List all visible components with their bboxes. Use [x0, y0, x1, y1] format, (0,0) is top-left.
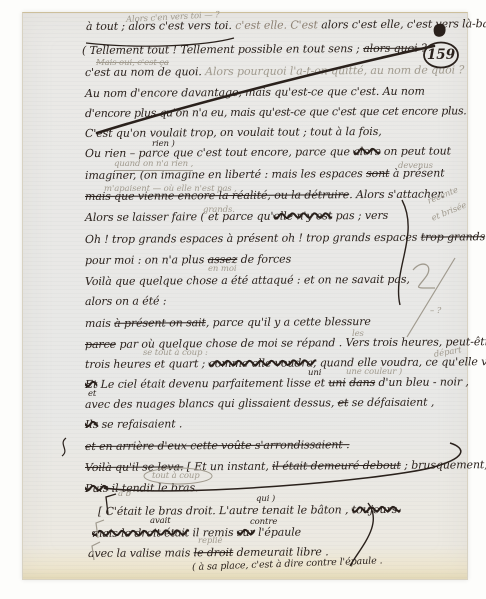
insertion: rien ) [152, 139, 175, 149]
manuscript-line: [ C'était le bras droit. L'autre tenait … [98, 503, 401, 518]
scribbled-text: Puis [85, 482, 108, 495]
margin-note: – ? [430, 306, 441, 316]
text-run: l'épaule [255, 526, 301, 539]
text-run: ; brusquement, ] [401, 458, 486, 472]
text-run: d'un bleu - noir , [375, 375, 469, 389]
scribbled-text: Ils [85, 418, 98, 431]
text-run: [ C'était le bras droit. L'autre tenait … [98, 503, 352, 518]
manuscript-line: Puis il tendit le bras. [85, 481, 198, 495]
insertion: contre [250, 517, 277, 527]
interline-note: tout à coup [152, 471, 200, 481]
text-run: se refaisaient . [98, 417, 182, 431]
text-run: pas ; vers [332, 209, 388, 222]
manuscript-line: Voilà que quelque chose a été attaqué : … [85, 273, 410, 288]
interline-note: a b [118, 489, 131, 499]
text-run: , parce qu'il y a cette blessure [206, 315, 371, 329]
manuscript-line: C'est qu'on voulait trop, on voulait tou… [85, 125, 382, 140]
text-run: ( Tellement tout ! Tellement possible en… [82, 42, 363, 57]
text-run: Oh ! trop grands espaces à présent oh ! … [85, 231, 421, 246]
struck-text: et en arrière d'eux cette voûte s'arrond… [85, 438, 350, 453]
scribbled-text: alors [353, 145, 380, 158]
text-run: alors c'est elle, c'est vers là-bas ; [321, 17, 486, 31]
struck-text: alors quoi ? [363, 42, 427, 55]
insertion: en moi [208, 264, 237, 274]
struck-text: le droit [194, 546, 234, 559]
text-run: d'encore plus qu'on n'a eu, mais qu'est-… [85, 104, 467, 120]
text-run: on peut tout [380, 144, 451, 157]
struck-text: parce [85, 338, 116, 351]
scribbled-text: sur [237, 526, 255, 539]
struck-text: trop grands [421, 230, 485, 243]
text-run: Le ciel était devenu parfaitement lisse … [97, 376, 328, 391]
text-run: mais [85, 317, 114, 330]
struck-text: et [338, 396, 349, 409]
text-run: avec la valise mais [88, 546, 194, 560]
manuscript-line: pour moi : on n'a plus assez de forces [85, 253, 291, 267]
struck-text: sont [366, 167, 389, 180]
manuscript-line: avec des nuages blancs qui glissaient de… [85, 396, 434, 411]
text-run: Au nom d'encore davantage, mais qu'est-c… [85, 85, 425, 100]
scribbled-text: comme elle voudra, [209, 356, 317, 370]
insertion: qui ) [256, 494, 275, 504]
page-number: 159 [426, 47, 456, 63]
interline-note: se tout à coup : [143, 348, 208, 358]
text-run: de forces [237, 253, 291, 266]
text-run: trois heures et quart ; [85, 357, 209, 371]
text-run: se défaisaient , [348, 396, 434, 410]
interline-note: grands. [203, 205, 235, 215]
text-run: Ou rien – parce que c'est tout encore, p… [85, 145, 353, 160]
interline-note: quand on n'a rien , [114, 159, 193, 171]
manuscript-line: mais à présent on sait, parce qu'il y a … [85, 315, 371, 330]
insertion: une couleur ) [346, 367, 402, 377]
insertion: avait [150, 516, 171, 526]
text-run: pour moi : on n'a plus [85, 253, 208, 267]
scribbled-text: mais le droit était [92, 526, 189, 540]
manuscript-line: Oh ! trop grands espaces à présent oh ! … [85, 230, 485, 246]
manuscript-line: ( Tellement tout ! Tellement possible en… [82, 42, 427, 57]
manuscript-line: et en arrière d'eux cette voûte s'arrond… [85, 438, 350, 453]
manuscript-line: mais le droit était il remis sur l'épaul… [92, 526, 301, 540]
margin-note: devenus [398, 161, 433, 171]
text-run: Alors se laisser faire [85, 210, 197, 224]
struck-text: uni [328, 376, 345, 389]
manuscript-line: Ou rien – parce que c'est tout encore, p… [85, 144, 451, 160]
manuscript-line: Voilà qu'il se leva. [ Et un instant, il… [85, 458, 486, 474]
struck-text: à présent on sait [114, 316, 206, 330]
struck-pencil-note: Mais oui, c'est ça [96, 58, 169, 68]
text-run: alors on a été : [85, 294, 166, 308]
manuscript-photo: { "page": { "number": "159" }, "colors":… [0, 0, 486, 599]
text-run-faint: c'est elle. C'est [232, 18, 322, 32]
struck-text: il était demeuré debout [272, 459, 401, 473]
manuscript-line: Alors se laisser faire ( et parce qu'ell… [85, 209, 388, 224]
insertion: les [352, 329, 364, 339]
manuscript-line: Au nom d'encore davantage, mais qu'est-c… [85, 85, 425, 100]
struck-text: dans [349, 376, 375, 389]
manuscript-line: alors on a été : [85, 294, 166, 308]
interline-note: m'apaisent — où elle n'est pas , [104, 184, 237, 194]
text-run: Voilà que quelque chose a été attaqué : … [85, 273, 410, 288]
text-run: C'est qu'on voulait trop, on voulait tou… [85, 125, 382, 140]
scribbled-text: toujours. [352, 503, 401, 516]
insertion: replié [198, 536, 222, 546]
manuscript-line: d'encore plus qu'on n'a eu, mais qu'est-… [85, 104, 467, 120]
manuscript-line: Ils se refaisaient . [85, 417, 182, 431]
insertion: et [88, 389, 96, 399]
insertion: uni [308, 368, 321, 378]
text-run: avec des nuages blancs qui glissaient de… [85, 396, 338, 411]
scribbled-text: elle n'y est [273, 209, 332, 222]
manuscript-line: Et Le ciel était devenu parfaitement lis… [85, 375, 469, 391]
pencil-text: Alors pourquoi l'a-t-on quitté, au nom d… [202, 63, 465, 78]
